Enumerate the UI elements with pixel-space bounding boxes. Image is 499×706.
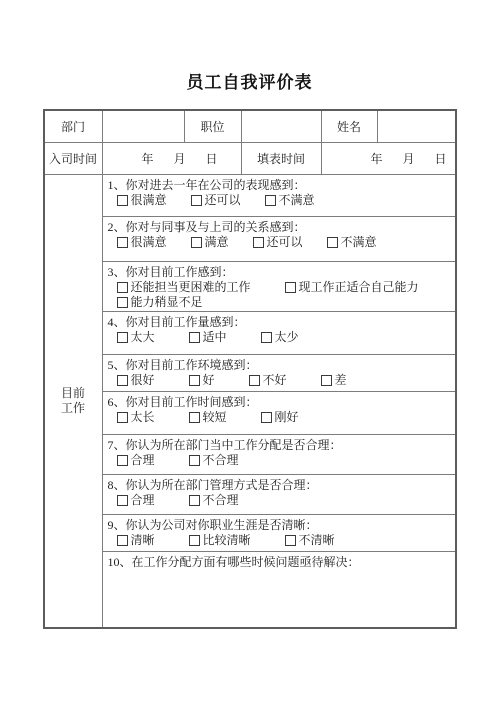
- option-label: 不满意: [341, 235, 377, 249]
- checkbox-icon[interactable]: [191, 237, 202, 248]
- name-label: 姓名: [322, 111, 378, 142]
- option[interactable]: 差: [321, 373, 347, 387]
- question-list: 1、你对进去一年在公司的表现感到： 很满意 还可以 不满意 2、你对与同事及与上…: [103, 175, 455, 627]
- checkbox-icon[interactable]: [249, 375, 260, 386]
- question-row-7: 7、你认为所在部门当中工作分配是否合理： 合理 不合理: [103, 435, 455, 475]
- checkbox-icon[interactable]: [261, 412, 272, 423]
- checkbox-icon[interactable]: [189, 332, 200, 343]
- option-line: 还能担当更困难的工作 现工作正适合自己能力: [108, 280, 451, 294]
- option-label: 不合理: [203, 493, 239, 507]
- section-label-current-work: 目前 工作: [45, 175, 103, 627]
- year-label: 年: [370, 150, 382, 167]
- option-line: 合理 不合理: [108, 453, 451, 467]
- option-label: 还可以: [267, 235, 303, 249]
- checkbox-icon[interactable]: [117, 195, 128, 206]
- checkbox-icon[interactable]: [117, 297, 128, 308]
- option-label: 还可以: [205, 193, 241, 207]
- option[interactable]: 很满意: [117, 193, 167, 207]
- option-line: 能力稍显不足: [108, 295, 451, 309]
- name-value-cell[interactable]: [378, 111, 455, 142]
- option-line: 很好 好 不好 差: [108, 373, 451, 387]
- option-label: 太少: [275, 330, 299, 344]
- question-row-2: 2、你对与同事及与上司的关系感到： 很满意 满意 还可以 不满意: [103, 217, 455, 262]
- option-label: 差: [335, 373, 347, 387]
- option[interactable]: 现工作正适合自己能力: [285, 280, 419, 294]
- question-10-answer-area[interactable]: [108, 569, 451, 624]
- option[interactable]: 不合理: [189, 453, 239, 467]
- option-label: 不好: [263, 373, 287, 387]
- checkbox-icon[interactable]: [117, 495, 128, 506]
- header-row-2: 入司时间 年 月 日 填表时间 年 月 日: [45, 143, 455, 175]
- option-label: 清晰: [131, 533, 155, 547]
- option-line: 太长 较短 刚好: [108, 410, 451, 424]
- checkbox-icon[interactable]: [117, 332, 128, 343]
- question-text: 1、你对进去一年在公司的表现感到：: [108, 178, 451, 192]
- option[interactable]: 很好: [117, 373, 155, 387]
- section-label-line: 目前: [61, 386, 85, 401]
- question-row-4: 4、你对目前工作量感到： 太大 适中 太少: [103, 312, 455, 355]
- checkbox-icon[interactable]: [189, 412, 200, 423]
- form-title: 员工自我评价表: [0, 0, 499, 93]
- checkbox-icon[interactable]: [261, 332, 272, 343]
- checkbox-icon[interactable]: [189, 375, 200, 386]
- option-label: 不清晰: [299, 533, 335, 547]
- option[interactable]: 太长: [117, 410, 155, 424]
- year-label: 年: [141, 150, 153, 167]
- option-label: 很好: [131, 373, 155, 387]
- option[interactable]: 适中: [189, 330, 227, 344]
- option-label: 很满意: [131, 193, 167, 207]
- option-label: 能力稍显不足: [131, 295, 203, 309]
- option-label: 还能担当更困难的工作: [131, 280, 251, 294]
- question-row-6: 6、你对目前工作时间感到： 太长 较短 刚好: [103, 392, 455, 435]
- option[interactable]: 能力稍显不足: [117, 295, 203, 309]
- checkbox-icon[interactable]: [117, 375, 128, 386]
- checkbox-icon[interactable]: [117, 455, 128, 466]
- option[interactable]: 好: [189, 373, 215, 387]
- option[interactable]: 不清晰: [285, 533, 335, 547]
- question-row-9: 9、你认为公司对你职业生涯是否清晰： 清晰 比较清晰 不清晰: [103, 515, 455, 552]
- option[interactable]: 很满意: [117, 235, 167, 249]
- option-line: 清晰 比较清晰 不清晰: [108, 533, 451, 547]
- question-text: 2、你对与同事及与上司的关系感到：: [108, 220, 451, 234]
- checkbox-icon[interactable]: [189, 535, 200, 546]
- option[interactable]: 合理: [117, 453, 155, 467]
- option-label: 不满意: [279, 193, 315, 207]
- option[interactable]: 较短: [189, 410, 227, 424]
- checkbox-icon[interactable]: [117, 412, 128, 423]
- option[interactable]: 太少: [261, 330, 299, 344]
- option-line: 合理 不合理: [108, 493, 451, 507]
- option-line: 很满意 满意 还可以 不满意: [108, 235, 451, 249]
- department-label: 部门: [45, 111, 103, 142]
- checkbox-icon[interactable]: [117, 282, 128, 293]
- header-row-1: 部门 职位 姓名: [45, 111, 455, 143]
- option[interactable]: 还能担当更困难的工作: [117, 280, 251, 294]
- question-row-8: 8、你认为所在部门管理方式是否合理： 合理 不合理: [103, 475, 455, 515]
- option[interactable]: 不合理: [189, 493, 239, 507]
- month-label: 月: [173, 150, 185, 167]
- checkbox-icon[interactable]: [327, 237, 338, 248]
- document-page: 员工自我评价表 部门 职位 姓名 入司时间 年 月 日 填表时间 年 月 日: [0, 0, 499, 706]
- month-label: 月: [402, 150, 414, 167]
- option-label: 满意: [205, 235, 229, 249]
- question-text: 5、你对目前工作环境感到：: [108, 358, 451, 372]
- day-label: 日: [205, 150, 217, 167]
- checkbox-icon[interactable]: [285, 282, 296, 293]
- position-value-cell[interactable]: [242, 111, 322, 142]
- question-text: 8、你认为所在部门管理方式是否合理：: [108, 478, 451, 492]
- question-text: 10、在工作分配方面有哪些时候问题亟待解决：: [108, 555, 451, 569]
- question-text: 7、你认为所在部门当中工作分配是否合理：: [108, 438, 451, 452]
- option[interactable]: 合理: [117, 493, 155, 507]
- checkbox-icon[interactable]: [117, 237, 128, 248]
- checkbox-icon[interactable]: [117, 535, 128, 546]
- option[interactable]: 不满意: [265, 193, 315, 207]
- entry-date-value-cell[interactable]: 年 月 日: [103, 143, 242, 174]
- option[interactable]: 满意: [191, 235, 229, 249]
- option-label: 合理: [131, 493, 155, 507]
- option-line: 很满意 还可以 不满意: [108, 193, 451, 207]
- checkbox-icon[interactable]: [189, 495, 200, 506]
- question-row-1: 1、你对进去一年在公司的表现感到： 很满意 还可以 不满意: [103, 175, 455, 217]
- section-label-line: 工作: [61, 401, 85, 416]
- option-label: 适中: [203, 330, 227, 344]
- option-label: 现工作正适合自己能力: [299, 280, 419, 294]
- question-text: 4、你对目前工作量感到：: [108, 315, 451, 329]
- option-label: 太长: [131, 410, 155, 424]
- option[interactable]: 刚好: [261, 410, 299, 424]
- department-value-cell[interactable]: [103, 111, 185, 142]
- question-text: 9、你认为公司对你职业生涯是否清晰：: [108, 518, 451, 532]
- option-label: 不合理: [203, 453, 239, 467]
- position-label: 职位: [185, 111, 242, 142]
- option-line: 太大 适中 太少: [108, 330, 451, 344]
- checkbox-icon[interactable]: [189, 455, 200, 466]
- option[interactable]: 不满意: [327, 235, 377, 249]
- checkbox-icon[interactable]: [253, 237, 264, 248]
- fill-date-value-cell[interactable]: 年 月 日: [322, 143, 455, 174]
- question-text: 6、你对目前工作时间感到：: [108, 395, 451, 409]
- checkbox-icon[interactable]: [191, 195, 202, 206]
- option-label: 合理: [131, 453, 155, 467]
- checkbox-icon[interactable]: [265, 195, 276, 206]
- question-row-5: 5、你对目前工作环境感到： 很好 好 不好 差: [103, 355, 455, 392]
- option-label: 好: [203, 373, 215, 387]
- question-text: 3、你对目前工作感到：: [108, 265, 451, 279]
- question-row-10: 10、在工作分配方面有哪些时候问题亟待解决：: [103, 552, 455, 627]
- day-label: 日: [434, 150, 446, 167]
- checkbox-icon[interactable]: [285, 535, 296, 546]
- option[interactable]: 不好: [249, 373, 287, 387]
- option[interactable]: 还可以: [191, 193, 241, 207]
- option-label: 较短: [203, 410, 227, 424]
- option[interactable]: 还可以: [253, 235, 303, 249]
- option-label: 比较清晰: [203, 533, 251, 547]
- current-work-section: 目前 工作 1、你对进去一年在公司的表现感到： 很满意 还可以 不满意 2、你对…: [45, 175, 455, 627]
- evaluation-form-table: 部门 职位 姓名 入司时间 年 月 日 填表时间 年 月 日 目: [43, 109, 457, 629]
- checkbox-icon[interactable]: [321, 375, 332, 386]
- option[interactable]: 比较清晰: [189, 533, 251, 547]
- option-label: 很满意: [131, 235, 167, 249]
- option-label: 太大: [131, 330, 155, 344]
- option[interactable]: 清晰: [117, 533, 155, 547]
- option-label: 刚好: [275, 410, 299, 424]
- option[interactable]: 太大: [117, 330, 155, 344]
- question-row-3: 3、你对目前工作感到： 还能担当更困难的工作 现工作正适合自己能力 能力稍显不足: [103, 262, 455, 312]
- fill-date-label: 填表时间: [242, 143, 322, 174]
- entry-date-label: 入司时间: [45, 143, 103, 174]
